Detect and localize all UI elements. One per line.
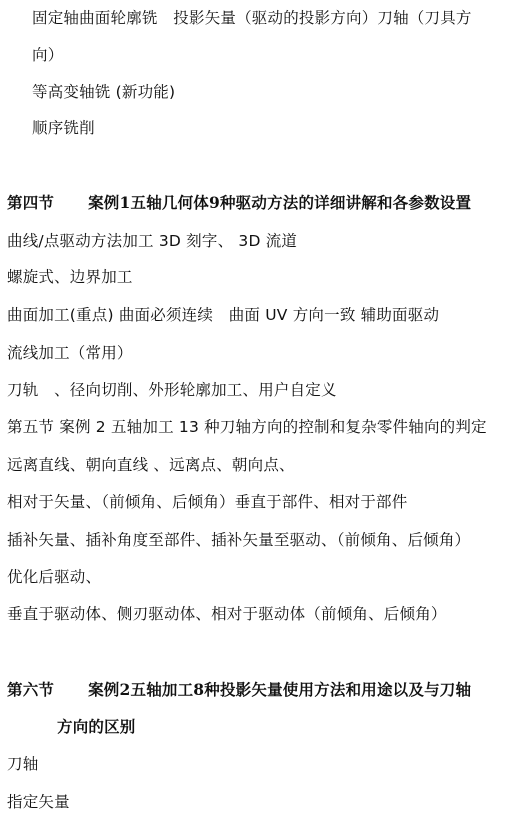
section-5-line: 插补矢量、插补角度至部件、插补矢量至驱动、（前倾角、后倾角） (7, 530, 470, 550)
section-4-line: 曲面加工(重点) 曲面必须连续 曲面 UV 方向一致 辅助面驱动 (7, 305, 439, 325)
section-5-line: 优化后驱动、 (7, 567, 101, 587)
section-6-line: 刀轴 (7, 754, 38, 774)
section-6-title: 案例2五轴加工8种投影矢量使用方法和用途以及与刀轴 (88, 680, 471, 699)
section-4-line: 刀轨 、径向切削、外形轮廓加工、用户自定义 (7, 380, 337, 400)
intro-line: 固定轴曲面轮廓铣 投影矢量（驱动的投影方向）刀轴（刀具方 (32, 8, 472, 28)
section-5-line: 相对于矢量、（前倾角、后倾角）垂直于部件、相对于部件 (7, 492, 407, 512)
section-4-line: 曲线/点驱动方法加工 3D 刻字、 3D 流道 (7, 231, 297, 251)
section-5-line: 垂直于驱动体、侧刃驱动体、相对于驱动体（前倾角、后倾角） (7, 604, 447, 624)
intro-line: 等高变轴铣 (新功能) (32, 82, 175, 102)
section-6-heading: 第六节案例2五轴加工8种投影矢量使用方法和用途以及与刀轴 (7, 680, 471, 700)
section-4-line: 流线加工（常用） (7, 343, 133, 363)
section-4-label: 第四节 (7, 193, 54, 212)
intro-line: 顺序铣削 (32, 118, 95, 138)
section-4-title: 案例1五轴几何体9种驱动方法的详细讲解和各参数设置 (88, 193, 471, 212)
section-6-title-continued: 方向的区别 (57, 717, 136, 737)
section-5-title: 案例 2 五轴加工 13 种刀轴方向的控制和复杂零件轴向的判定 (59, 418, 487, 436)
intro-line: 向） (32, 45, 63, 65)
section-4-heading: 第四节案例1五轴几何体9种驱动方法的详细讲解和各参数设置 (7, 193, 471, 213)
section-6-label: 第六节 (7, 680, 54, 699)
section-5-line: 远离直线、朝向直线 、远离点、朝向点、 (7, 455, 295, 475)
section-5-heading: 第五节 案例 2 五轴加工 13 种刀轴方向的控制和复杂零件轴向的判定 (7, 417, 487, 437)
section-6-line: 指定矢量 (7, 792, 70, 812)
section-4-line: 螺旋式、边界加工 (7, 267, 133, 287)
section-5-label: 第五节 (7, 418, 54, 436)
